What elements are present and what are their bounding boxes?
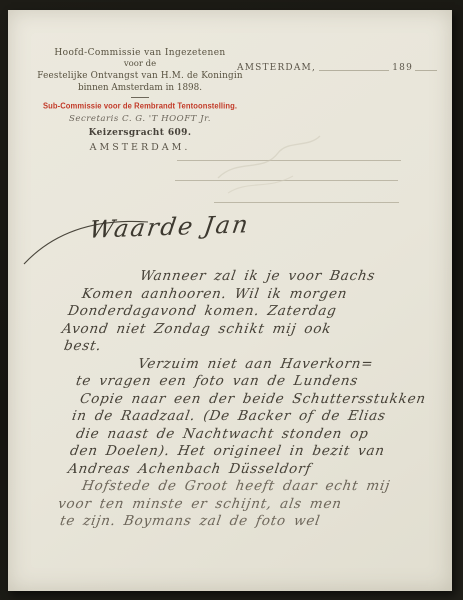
letterhead-line-4: binnen Amsterdam in 1898. xyxy=(16,83,264,93)
dateline-year-prefix: 189 xyxy=(392,63,413,73)
letter-paper: Hoofd-Commissie van Ingezetenen voor de … xyxy=(8,10,452,591)
letterhead-line-2: voor de xyxy=(16,59,264,69)
handwritten-line: Verzuim niet aan Haverkorn= xyxy=(137,356,438,374)
handwritten-line: voor ten minste er schijnt, als men xyxy=(57,496,438,514)
handwritten-line: Donderdagavond komen. Zaterdag xyxy=(67,303,438,321)
handwritten-line: Copie naar een der beide Schuttersstukke… xyxy=(79,391,438,409)
dateline-blank-rule xyxy=(319,62,389,71)
handwritten-line: Wanneer zal ik je voor Bachs xyxy=(139,268,438,286)
handwritten-line: Avond niet Zondag schikt mij ook xyxy=(61,321,438,339)
handwritten-line: Andreas Achenbach Düsseldorf xyxy=(67,461,438,479)
handwritten-line: best. xyxy=(63,338,438,356)
ink-showthrough xyxy=(208,118,328,198)
dateline-city: AMSTERDAM, xyxy=(237,63,316,73)
photo-of-letter: Hoofd-Commissie van Ingezetenen voor de … xyxy=(0,0,463,600)
handwritten-line: te zijn. Boymans zal de foto wel xyxy=(59,513,438,531)
subcommittee-line: Sub-Commissie voor de Rembrandt Tentoons… xyxy=(16,100,264,110)
letter-body: Wanneer zal ik je voor Bachs Komen aanho… xyxy=(50,268,436,531)
letterhead-divider xyxy=(131,97,149,98)
handwritten-line: die naast de Nachtwacht stonden op xyxy=(75,426,438,444)
dateline-year-rule xyxy=(415,62,437,71)
handwritten-line: te vragen een foto van de Lundens xyxy=(75,373,438,391)
handwritten-line: Hofstede de Groot heeft daar echt mij xyxy=(81,478,438,496)
dateline: AMSTERDAM, 189 xyxy=(237,62,437,73)
letterhead-line-1: Hoofd-Commissie van Ingezetenen xyxy=(16,48,264,58)
ruled-line xyxy=(214,202,399,203)
handwritten-line: Komen aanhooren. Wil ik morgen xyxy=(81,286,438,304)
letterhead-line-3: Feestelijke Ontvangst van H.M. de Koning… xyxy=(16,71,264,81)
handwritten-line: in de Raadzaal. (De Backer of de Elias xyxy=(71,408,438,426)
handwritten-line: den Doelen). Het origineel in bezit van xyxy=(69,443,438,461)
salutation: Waarde Jan xyxy=(88,210,252,244)
